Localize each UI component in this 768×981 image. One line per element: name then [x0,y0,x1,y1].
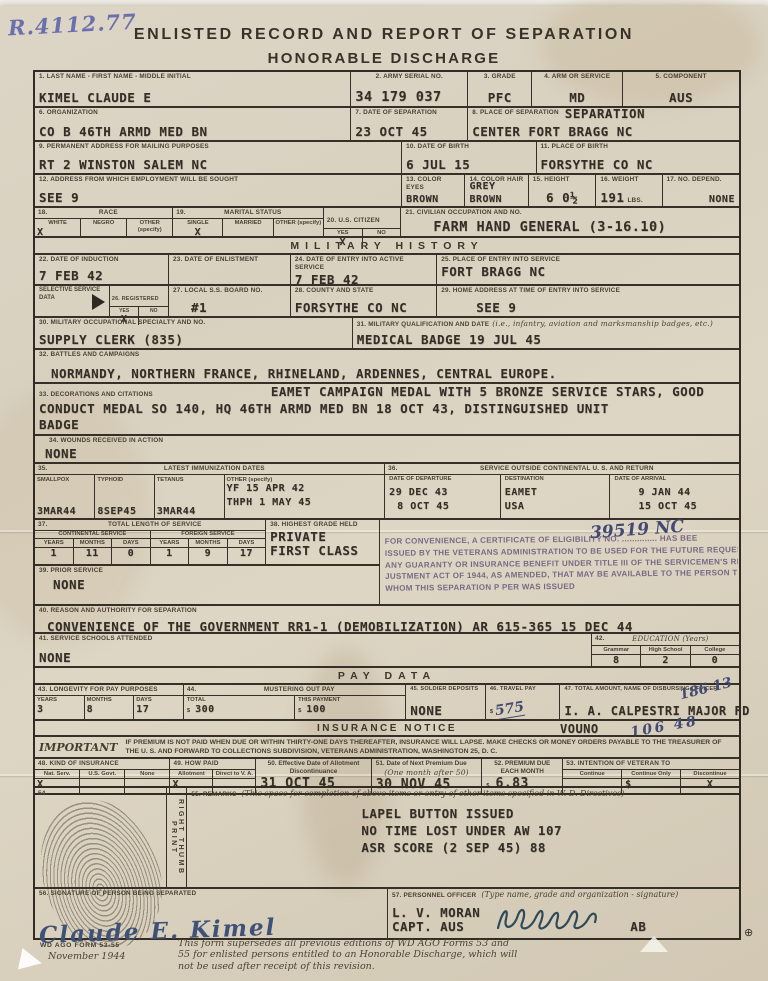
col-value: 3MAR44 [157,506,196,517]
field-label: 55. REMARKS [191,791,236,799]
field-label: 28. COUNTY AND STATE [295,287,432,295]
field-color-eyes: 13. COLOR EYES BROWN [401,175,464,206]
field-remarks: 55. REMARKS (This space for completion o… [186,788,739,887]
personnel-officer-signature [490,902,620,936]
field-value: 6 JUL 15 [406,158,531,172]
field-value: FARM HAND GENERAL (3-16.10) [405,220,735,235]
field-place-of-entry: 25. PLACE OF ENTRY INTO SERVICE FORT BRA… [436,255,739,284]
footer-note: This form supersedes all previous editio… [178,938,523,972]
remarks-line: NO TIME LOST UNDER AW 107 [191,824,735,838]
field-value: SEE 9 [39,191,397,205]
field-marital-status: 19. MARITAL STATUS SINGLE X MARRIED OTHE… [172,208,323,236]
col-value: 8 OCT 45 [389,501,496,512]
field-label: 9. PERMANENT ADDRESS FOR MAILING PURPOSE… [39,143,397,151]
col-value: 1 [35,548,73,559]
row-physical: 12. ADDRESS FROM WHICH EMPLOYMENT WILL B… [35,173,739,206]
field-label: 2. ARMY SERIAL NO. [355,73,463,81]
right-arrow-icon [92,294,105,310]
option-label: OTHER (specify) [274,220,323,227]
field-title: MUSTERING OUT PAY [196,686,402,694]
overseas-destination: DESTINATION EAMET USA [500,475,610,518]
foreign-service: FOREIGN SERVICE YEARS1 MONTHS9 DAYS17 [150,531,266,564]
field-label: 46. TRAVEL PAY [490,686,556,693]
mustering-this-payment: THIS PAYMENT $100 [294,696,405,719]
col-value: 100 [306,704,326,715]
row-schools-education: 41. SERVICE SCHOOLS ATTENDED NONE 42. ED… [35,632,739,666]
field-value: 191 [600,191,624,205]
field-personnel-officer: 57. PERSONNEL OFFICER (Type name, grade … [387,889,739,938]
field-value: NONE [667,194,735,205]
col-value: YF 15 APR 42 [225,483,385,494]
stamp-line: WHOM THIS SEPARATION P PER WAS ISSUED [385,579,739,594]
officer-grade: CAPT. AUS [392,920,480,934]
field-label: 18. [38,209,47,217]
field-title: LATEST IMMUNIZATION DATES [47,465,381,473]
col-header: Grammar [592,647,640,655]
col-value: EAMET [505,487,606,498]
option-label: OTHER (specify) [127,220,172,234]
option-label: None [125,771,169,779]
field-label: 31. MILITARY QUALIFICATION AND DATE [357,321,489,329]
field-home-address-entry: 29. HOME ADDRESS AT TIME OF ENTRY INTO S… [436,286,739,316]
col-value: 9 JAN 44 [614,487,735,498]
field-soldier-deposits: 45. SOLDIER DEPOSITS NONE [405,685,485,719]
thumbprint-strip: RIGHT THUMB PRINT [166,788,186,887]
field-value-line1: EAMET CAMPAIGN MEDAL WITH 5 BRONZE SERVI… [161,385,704,399]
field-unit: LBS. [627,197,642,205]
option-label: MARRIED [223,220,272,227]
field-organization: 6. ORGANIZATION CO B 46TH ARMD MED BN [35,108,350,140]
field-label: 40. REASON AND AUTHORITY FOR SEPARATION [39,607,735,615]
field-dependents: 17. NO. DEPEND. NONE [662,175,739,206]
field-wounds: 34. WOUNDS RECEIVED IN ACTION NONE [35,436,739,462]
field-label: 21. CIVILIAN OCCUPATION AND NO. [405,209,735,217]
thumbprint-strip-label: RIGHT THUMB PRINT [170,792,184,883]
option-label: NO [139,308,168,314]
field-title: SERVICE OUTSIDE CONTINENTAL U. S. AND RE… [398,465,736,473]
row-reason-separation: 40. REASON AND AUTHORITY FOR SEPARATION … [35,604,739,632]
row-induction: 22. DATE OF INDUCTION 7 FEB 42 23. DATE … [35,253,739,284]
row-selective-service: SELECTIVE SERVICE DATA 26. REGISTERED YE… [35,284,739,316]
field-label: 26. REGISTERED [112,296,159,302]
col-header: SMALLPOX [35,476,94,485]
field-value: CONVENIENCE OF THE GOVERNMENT RR1-1 (DEM… [39,620,735,634]
field-value: MEDICAL BADGE 19 JUL 45 [357,333,735,347]
field-label: 22. DATE OF INDUCTION [39,256,164,264]
row-identity: 1. LAST NAME - FIRST NAME - MIDDLE INITI… [35,72,739,106]
col-header: College [691,647,739,655]
col-value: 29 DEC 43 [389,487,496,498]
field-label: 6. ORGANIZATION [39,109,346,117]
row-wounds: 34. WOUNDS RECEIVED IN ACTION NONE [35,434,739,462]
field-value: I. A. CALPESTRI MAJOR FD [564,705,735,718]
field-disbursing-officer: 47. TOTAL AMOUNT, NAME OF DISBURSING OFF… [559,685,739,719]
field-label: 19. [176,209,185,217]
field-value-line2: FIRST CLASS [270,544,374,558]
field-service-schools: 41. SERVICE SCHOOLS ATTENDED NONE [35,634,591,666]
row-race-marital: 18. RACE WHITE X NEGRO OTHER (specify) [35,206,739,236]
field-value: AUS [627,91,735,105]
field-label: 17. NO. DEPEND. [667,176,735,184]
field-arm-of-service: 4. ARM OR SERVICE MD [531,72,622,106]
col-value: 8 [87,704,134,715]
handwritten-travel-pay: 575 [494,699,526,720]
col-value: THPH 1 MAY 45 [225,497,385,508]
group-header: FOREIGN SERVICE [151,531,266,539]
field-date-of-enlistment: 23. DATE OF ENLISTMENT [168,255,290,284]
field-value: NONE [39,651,587,665]
field-mailing-address: 9. PERMANENT ADDRESS FOR MAILING PURPOSE… [35,142,401,173]
field-label: 45. SOLDIER DEPOSITS [410,686,481,693]
field-label: 43. LONGEVITY FOR PAY PURPOSES [35,685,183,696]
row-signatures: 56. SIGNATURE OF PERSON BEING SEPARATED … [35,887,739,938]
field-label: 39. PRIOR SERVICE [39,567,375,575]
field-value: NONE [39,447,735,461]
field-race: 18. RACE WHITE X NEGRO OTHER (specify) [35,208,172,236]
field-weight: 16. WEIGHT 191 LBS. [595,175,661,206]
field-place-of-birth: 11. PLACE OF BIRTH FORSYTHE CO NC [536,142,739,173]
form-date: November 1944 [40,951,125,962]
field-value: NORMANDY, NORTHERN FRANCE, RHINELAND, AR… [39,367,735,381]
mustering-total: TOTAL $300 [184,696,294,719]
field-separatee-signature: 56. SIGNATURE OF PERSON BEING SEPARATED … [35,889,387,938]
field-label: 20. U.S. CITIZEN [327,217,380,224]
field-value: NONE [39,578,375,592]
col-value: 11 [74,548,112,559]
field-value: FORT BRAGG NC [441,265,735,279]
col-value: 0 [691,655,739,666]
field-value-top: SEPARATION [565,107,645,121]
field-value: CO B 46TH ARMD MED BN [39,125,346,139]
field-label: 25. PLACE OF ENTRY INTO SERVICE [441,256,735,264]
field-label: 41. SERVICE SCHOOLS ATTENDED [39,635,587,643]
field-name: 1. LAST NAME - FIRST NAME - MIDDLE INITI… [35,72,350,106]
col-header: TYPHOID [95,476,153,485]
field-employment-address: 12. ADDRESS FROM WHICH EMPLOYMENT WILL B… [35,175,401,206]
field-value: SEE 9 [441,301,735,315]
field-label: 57. PERSONNEL OFFICER [392,892,476,900]
field-date-of-separation: 7. DATE OF SEPARATION 23 OCT 45 [350,108,467,140]
option-label: U.S. Govt. [80,771,124,779]
field-civilian-occupation: 21. CIVILIAN OCCUPATION AND NO. FARM HAN… [400,208,739,236]
field-value: 23 OCT 45 [355,125,463,139]
field-label: 29. HOME ADDRESS AT TIME OF ENTRY INTO S… [441,287,735,295]
field-label: 51. Date of Next Premium Due [376,760,478,768]
field-value: CENTER FORT BRAGG NC [472,125,735,139]
row-battles: 32. BATTLES AND CAMPAIGNS NORMANDY, NORT… [35,348,739,382]
field-label: 34. WOUNDS RECEIVED IN ACTION [39,437,735,445]
row-specialty: 30. MILITARY OCCUPATIONAL SPECIALTY AND … [35,316,739,348]
field-value: BROWN [406,194,460,205]
field-reason-authority: 40. REASON AND AUTHORITY FOR SEPARATION … [35,606,739,632]
field-overseas-service: 36. SERVICE OUTSIDE CONTINENTAL U. S. AN… [384,464,739,518]
field-value: 6 0½ [533,191,592,205]
overseas-arrival: DATE OF ARRIVAL 9 JAN 44 15 OCT 45 [609,475,739,518]
field-label: 49. HOW PAID [170,759,255,770]
col-value: 8 [592,655,640,666]
field-color-hair: 14. COLOR HAIR GREY BROWN [464,175,527,206]
immunization-typhoid: TYPHOID 8SEP45 [94,475,153,518]
field-label: 42. [595,635,604,644]
field-registered: 26. REGISTERED YES X NO [109,286,168,316]
important-notice: IMPORTANT IF PREMIUM IS NOT PAID WHEN DU… [35,737,739,757]
field-label: 11. PLACE OF BIRTH [541,143,735,151]
field-us-citizen: 20. U.S. CITIZEN YES X NO [323,208,400,236]
field-component: 5. COMPONENT AUS [622,72,739,106]
col-value: 17 [228,548,266,559]
col-value: 1 [151,548,189,559]
section-pay-data: PAY DATA [35,666,739,683]
officer-name: L. V. MORAN [392,906,480,920]
field-occupational-specialty: 30. MILITARY OCCUPATIONAL SPECIALTY AND … [35,318,352,348]
dollar-sign: $ [298,708,301,715]
field-label: 8. PLACE OF SEPARATION [472,109,559,117]
field-label: 4. ARM OR SERVICE [536,73,618,81]
row-organization: 6. ORGANIZATION CO B 46TH ARMD MED BN 7.… [35,106,739,140]
field-label-italic: (This space for completion of above item… [242,789,625,798]
remarks-line: LAPEL BUTTON ISSUED [191,807,735,821]
row-service-length-stamp: 37. TOTAL LENGTH OF SERVICE CONTINENTAL … [35,518,739,604]
registration-mark-icon: ⊕ [744,926,753,939]
field-value: SUPPLY CLERK (835) [39,333,348,347]
field-title: MARITAL STATUS [186,209,320,217]
field-label: 3. GRADE [472,73,527,81]
field-label: 37. [38,521,47,529]
field-value: FORSYTHE CO NC [295,301,432,315]
field-height: 15. HEIGHT 6 0½ [528,175,596,206]
important-text: IF PREMIUM IS NOT PAID WHEN DUE OR WITHI… [125,738,735,756]
col-header: DESTINATION [505,476,606,483]
paper-scan: R.4112.77 ENLISTED RECORD AND REPORT OF … [0,6,768,981]
scanned-discharge-form: { "page": { "ref_number": "R.4112.77", "… [0,0,768,981]
field-prior-service: 39. PRIOR SERVICE NONE [35,564,379,604]
col-value: 8SEP45 [97,506,136,517]
remarks-line: ASR SCORE (2 SEP 45) 88 [191,841,735,855]
overseas-departure: DATE OF DEPARTURE 29 DEC 43 8 OCT 45 [385,475,500,518]
field-immunization-dates: 35. LATEST IMMUNIZATION DATES SMALLPOX 3… [35,464,384,518]
field-label: 1. LAST NAME - FIRST NAME - MIDDLE INITI… [39,73,346,81]
field-label: 36. [388,465,397,473]
field-label: 23. DATE OF ENLISTMENT [173,256,286,264]
field-value: PFC [472,91,527,105]
field-label: 13. COLOR EYES [406,176,460,193]
col-value: 3MAR44 [37,506,76,517]
col-value: 17 [136,704,183,715]
field-date-of-birth: 10. DATE OF BIRTH 6 JUL 15 [401,142,535,173]
field-value: MD [536,91,618,105]
field-value: FORSYTHE CO NC [541,158,735,172]
dollar-sign: $ [187,708,190,715]
field-label-italic: (Type name, grade and organization - sig… [481,890,678,899]
field-value: RT 2 WINSTON SALEM NC [39,158,397,172]
immunization-smallpox: SMALLPOX 3MAR44 [35,475,94,518]
col-value: 15 OCT 45 [614,501,735,512]
field-local-board: 27. LOCAL S.S. BOARD NO. #1 [168,286,290,316]
col-value: 9 [189,548,227,559]
field-value: NONE [410,704,481,718]
field-serial-no: 2. ARMY SERIAL NO. 34 179 037 [350,72,467,106]
field-label: 38. HIGHEST GRADE HELD [270,521,374,529]
row-thumbprint-remarks: 54. RIGHT THUMB PRINT 55. REMARKS (This … [35,788,739,887]
thumbprint-area: 54. [35,788,166,887]
field-label: 30. MILITARY OCCUPATIONAL SPECIALTY AND … [39,319,348,327]
field-label: 50. Effective Date of Allotment Disconti… [260,760,366,776]
col-value: 300 [195,704,215,715]
field-label: 27. LOCAL S.S. BOARD NO. [173,287,286,295]
group-header: CONTINENTAL SERVICE [35,531,150,539]
selective-service-data: SELECTIVE SERVICE DATA [35,286,109,316]
row-immunization-overseas: 35. LATEST IMMUNIZATION DATES SMALLPOX 3… [35,462,739,518]
field-label: 48. KIND OF INSURANCE [35,759,169,770]
section-insurance-notice: INSURANCE NOTICE VOUNO 106 48 [35,719,739,735]
form-title: ENLISTED RECORD AND REPORT OF SEPARATION [0,26,768,44]
col-value: 3 [37,704,84,715]
col-value: USA [505,501,606,512]
eligibility-stamp: FOR CONVENIENCE, A CERTIFICATE OF ELIGIB… [384,532,738,595]
dollar-sign: $ [490,709,493,716]
row-address: 9. PERMANENT ADDRESS FOR MAILING PURPOSE… [35,140,739,173]
field-label: 16. WEIGHT [600,176,657,184]
field-place-of-separation: 8. PLACE OF SEPARATION SEPARATION CENTER… [467,108,739,140]
field-military-qualification: 31. MILITARY QUALIFICATION AND DATE (i.e… [352,318,739,348]
row-37-38: 37. TOTAL LENGTH OF SERVICE CONTINENTAL … [35,520,379,564]
field-thumbprint: 54. RIGHT THUMB PRINT [35,788,186,887]
field-label: 12. ADDRESS FROM WHICH EMPLOYMENT WILL B… [39,176,397,184]
field-title: TOTAL LENGTH OF SERVICE [47,521,262,529]
field-label: 53. INTENTION OF VETERAN TO [563,759,739,770]
field-value: 34 179 037 [355,90,463,105]
field-value: BROWN [469,194,523,205]
field-label: 35. [38,465,47,473]
officer-initials: AB [630,920,646,934]
field-label: 54. [38,790,47,798]
option-label: Continue [563,771,621,779]
field-label: 5. COMPONENT [627,73,735,81]
field-label-italic: (i.e., infantry, aviation and marksmansh… [492,319,713,329]
row-pay: 43. LONGEVITY FOR PAY PURPOSES YEARS3 MO… [35,683,739,719]
continental-service: CONTINENTAL SERVICE YEARS1 MONTHS11 DAYS… [35,531,150,564]
main-form-box: 1. LAST NAME - FIRST NAME - MIDDLE INITI… [33,70,741,795]
col-header: High School [641,647,689,655]
col-value: 2 [641,655,689,666]
field-value-top: GREY [469,181,523,192]
col-header: TETANUS [155,476,224,485]
immunization-other: OTHER (specify) YF 15 APR 42 THPH 1 MAY … [224,475,385,518]
signature-form-box: 54. RIGHT THUMB PRINT 55. REMARKS (This … [33,786,741,940]
field-label: 44. [187,686,196,694]
row-important-notice: IMPORTANT IF PREMIUM IS NOT PAID WHEN DU… [35,735,739,757]
field-label: 56. SIGNATURE OF PERSON BEING SEPARATED [39,890,383,898]
eligibility-stamp-area: 39519 NC FOR CONVENIENCE, A CERTIFICATE … [379,520,739,604]
field-battles-campaigns: 32. BATTLES AND CAMPAIGNS NORMANDY, NORT… [35,350,739,382]
field-value-line1: PRIVATE [270,530,374,544]
section-title: INSURANCE NOTICE [317,723,457,734]
field-value: #1 [173,301,286,315]
service-length-column: 37. TOTAL LENGTH OF SERVICE CONTINENTAL … [35,520,379,604]
field-longevity: 43. LONGEVITY FOR PAY PURPOSES YEARS3 MO… [35,685,183,719]
field-date-of-induction: 22. DATE OF INDUCTION 7 FEB 42 [35,255,168,284]
section-military-history: MILITARY HISTORY [35,236,739,253]
col-header: DATE OF DEPARTURE [389,476,496,483]
field-county-state: 28. COUNTY AND STATE FORSYTHE CO NC [290,286,436,316]
row-decorations: 33. DECORATIONS AND CITATIONS EAMET CAMP… [35,382,739,434]
col-header: MONTHS [87,697,134,704]
field-label: 10. DATE OF BIRTH [406,143,531,151]
form-subtitle: HONORABLE DISCHARGE [0,50,768,67]
field-total-length-service: 37. TOTAL LENGTH OF SERVICE CONTINENTAL … [35,520,265,564]
immunization-tetanus: TETANUS 3MAR44 [154,475,224,518]
field-label: 7. DATE OF SEPARATION [355,109,463,117]
field-label: 52. PREMIUM DUE EACH MONTH [486,760,558,776]
field-title: RACE [47,209,169,217]
field-date-entry-active-service: 24. DATE OF ENTRY INTO ACTIVE SERVICE 7 … [290,255,436,284]
field-value: KIMEL CLAUDE E [39,91,346,105]
field-value-line2: CONDUCT MEDAL SO 140, HQ 46TH ARMD MED B… [39,402,735,416]
field-travel-pay: 46. TRAVEL PAY $ 575 [485,685,560,719]
field-value-line3: BADGE [39,418,735,432]
option-label: NEGRO [81,220,126,227]
field-mustering-out-pay: 44. MUSTERING OUT PAY TOTAL $300 THIS PA… [183,685,405,719]
important-label: IMPORTANT [39,741,117,754]
field-value: 7 FEB 42 [39,269,164,283]
col-header: DATE OF ARRIVAL [614,476,735,483]
field-title: EDUCATION (Years) [605,635,736,644]
col-value: 0 [112,548,150,559]
option-label: Direct to V. A. [213,771,255,779]
field-label: 32. BATTLES AND CAMPAIGNS [39,351,735,359]
field-decorations-citations: 33. DECORATIONS AND CITATIONS EAMET CAMP… [35,384,739,434]
field-label: 15. HEIGHT [533,176,592,184]
field-highest-grade: 38. HIGHEST GRADE HELD PRIVATE FIRST CLA… [265,520,378,564]
field-label: 24. DATE OF ENTRY INTO ACTIVE SERVICE [295,256,432,273]
field-education: 42. EDUCATION (Years) Grammar8 High Scho… [591,634,739,666]
field-label: 33. DECORATIONS AND CITATIONS [39,391,153,399]
field-grade: 3. GRADE PFC [467,72,531,106]
